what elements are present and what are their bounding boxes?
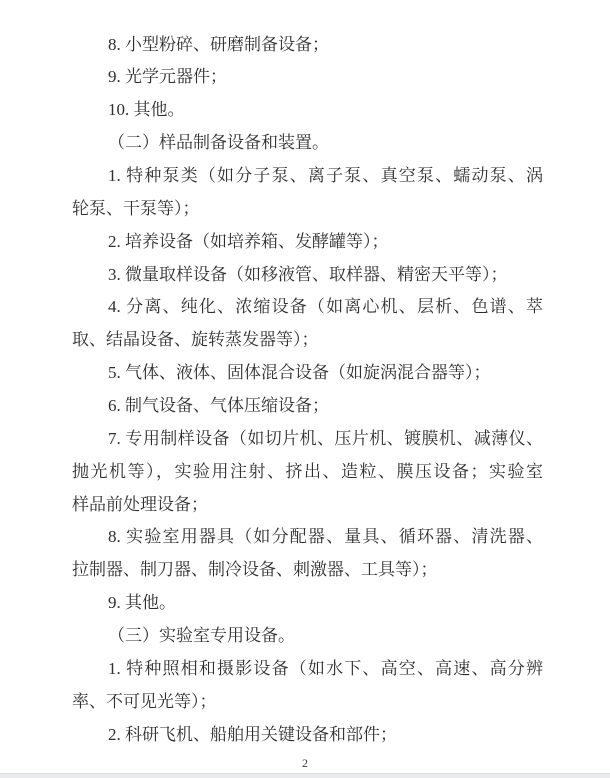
paragraph: 2. 科研飞机、船舶用关键设备和部件； bbox=[72, 719, 543, 752]
paragraph: 6. 制气设备、气体压缩设备； bbox=[72, 390, 543, 423]
paragraph: 10. 其他。 bbox=[72, 94, 543, 127]
paragraph: 9. 其他。 bbox=[72, 587, 543, 620]
paragraph: 1. 特种照相和摄影设备（如水下、高空、高速、高分辨率、不可见光等）； bbox=[72, 653, 543, 719]
paragraph: 9. 光学元器件； bbox=[72, 61, 543, 94]
paragraph: 8. 实验室用器具（如分配器、量具、循环器、清洗器、拉制器、制刀器、制冷设备、刺… bbox=[72, 521, 543, 587]
document-line: 取、结晶设备、旋转蒸发器等）； bbox=[72, 324, 543, 357]
paragraph: 1. 特种泵类（如分子泵、离子泵、真空泵、蠕动泵、涡轮泵、干泵等）； bbox=[72, 160, 543, 226]
document-line: 8. 实验室用器具（如分配器、量具、循环器、清洗器、 bbox=[72, 521, 543, 554]
document-page: 8. 小型粉碎、研磨制备设备；9. 光学元器件；10. 其他。（二）样品制备设备… bbox=[0, 0, 610, 778]
document-line: 6. 制气设备、气体压缩设备； bbox=[72, 390, 543, 423]
paragraph: （三）实验室专用设备。 bbox=[72, 620, 543, 653]
paragraph: 2. 培养设备（如培养箱、发酵罐等）； bbox=[72, 226, 543, 259]
document-line: 8. 小型粉碎、研磨制备设备； bbox=[72, 29, 543, 62]
document-line: 7. 专用制样设备（如切片机、压片机、镀膜机、减薄仪、 bbox=[72, 423, 543, 456]
document-line: 抛光机等），实验用注射、挤出、造粒、膜压设备；实验室 bbox=[72, 456, 543, 489]
document-line: 率、不可见光等）； bbox=[72, 686, 543, 719]
document-line: 拉制器、制刀器、制冷设备、刺激器、工具等）； bbox=[72, 554, 543, 587]
paragraph: 5. 气体、液体、固体混合设备（如旋涡混合器等）； bbox=[72, 357, 543, 390]
document-line: 4. 分离、纯化、浓缩设备（如离心机、层析、色谱、萃 bbox=[72, 291, 543, 324]
paragraph: 4. 分离、纯化、浓缩设备（如离心机、层析、色谱、萃取、结晶设备、旋转蒸发器等）… bbox=[72, 291, 543, 357]
document-line: 样品前处理设备； bbox=[72, 489, 543, 522]
document-line: （二）样品制备设备和装置。 bbox=[72, 127, 543, 160]
page-bottom-edge bbox=[0, 773, 610, 778]
paragraph: （二）样品制备设备和装置。 bbox=[72, 127, 543, 160]
document-line: 2. 科研飞机、船舶用关键设备和部件； bbox=[72, 719, 543, 752]
document-body: 8. 小型粉碎、研磨制备设备；9. 光学元器件；10. 其他。（二）样品制备设备… bbox=[72, 29, 543, 752]
paragraph: 3. 微量取样设备（如移液管、取样器、精密天平等）； bbox=[72, 259, 543, 292]
document-line: （三）实验室专用设备。 bbox=[72, 620, 543, 653]
document-line: 3. 微量取样设备（如移液管、取样器、精密天平等）； bbox=[72, 259, 543, 292]
document-line: 10. 其他。 bbox=[72, 94, 543, 127]
document-line: 9. 其他。 bbox=[72, 587, 543, 620]
document-line: 1. 特种泵类（如分子泵、离子泵、真空泵、蠕动泵、涡 bbox=[72, 160, 543, 193]
document-line: 5. 气体、液体、固体混合设备（如旋涡混合器等）； bbox=[72, 357, 543, 390]
paragraph: 8. 小型粉碎、研磨制备设备； bbox=[72, 29, 543, 62]
paragraph: 7. 专用制样设备（如切片机、压片机、镀膜机、减薄仪、抛光机等），实验用注射、挤… bbox=[72, 423, 543, 522]
document-line: 轮泵、干泵等）； bbox=[72, 193, 543, 226]
page-number: 2 bbox=[0, 756, 610, 770]
document-line: 9. 光学元器件； bbox=[72, 61, 543, 94]
document-line: 1. 特种照相和摄影设备（如水下、高空、高速、高分辨 bbox=[72, 653, 543, 686]
document-line: 2. 培养设备（如培养箱、发酵罐等）； bbox=[72, 226, 543, 259]
